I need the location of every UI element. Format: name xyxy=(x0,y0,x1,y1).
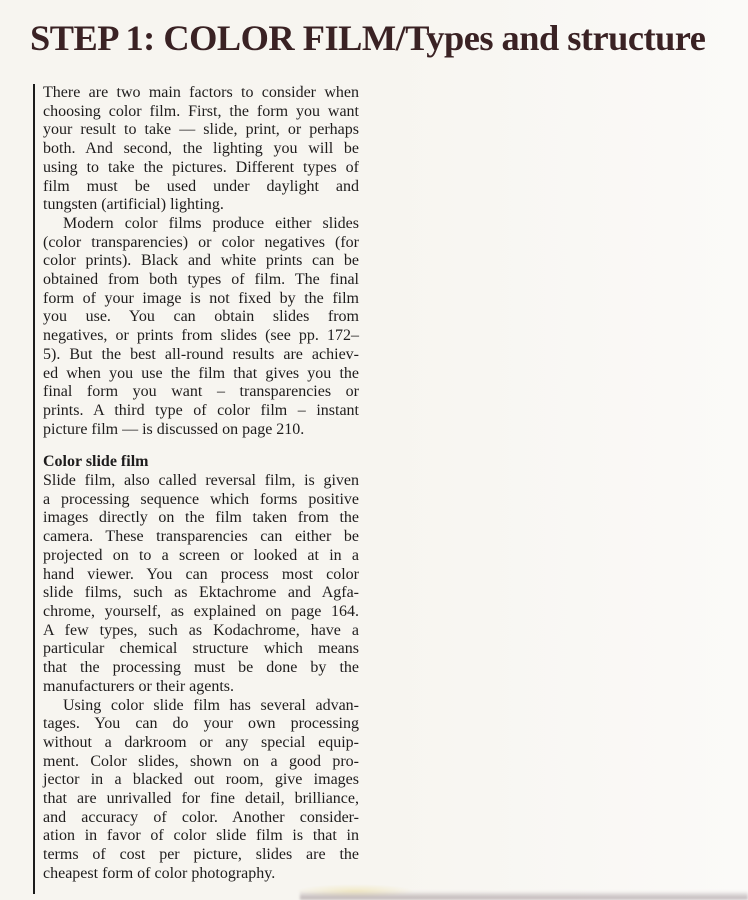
text-line: jector in a blacked out room, give image… xyxy=(43,771,359,790)
text-line: that the processing must be done by the xyxy=(43,659,359,678)
text-line: camera. These transparencies can either … xyxy=(43,528,359,547)
text-line: slide films, such as Ektachrome and Agfa… xyxy=(43,584,359,603)
text-line: both. And second, the lighting you will … xyxy=(43,140,359,159)
text-line: manufacturers or their agents. xyxy=(43,678,359,697)
text-line: film must be used under daylight and xyxy=(43,178,359,197)
text-line: (color transparencies) or color negative… xyxy=(43,234,359,253)
text-column: There are two main factors to consider w… xyxy=(43,84,359,884)
text-line: There are two main factors to consider w… xyxy=(43,84,359,103)
text-line: hand viewer. You can process most color xyxy=(43,566,359,585)
text-line: prints. A third type of color film – ins… xyxy=(43,402,359,421)
text-line: particular chemical structure which mean… xyxy=(43,640,359,659)
text-line: obtained from both types of film. The fi… xyxy=(43,271,359,290)
text-line: 5). But the best all-round results are a… xyxy=(43,346,359,365)
text-line: your result to take — slide, print, or p… xyxy=(43,121,359,140)
column-rule xyxy=(33,84,35,894)
text-line: A few types, such as Kodachrome, have a xyxy=(43,622,359,641)
paragraph: Using color slide film has several advan… xyxy=(43,697,359,884)
text-line: final form you want – transparencies or xyxy=(43,383,359,402)
page-title: STEP 1: COLOR FILM/Types and structure xyxy=(30,17,705,59)
text-line: tages. You can do your own processing xyxy=(43,715,359,734)
text-line: without a darkroom or any special equip- xyxy=(43,734,359,753)
text-line: Slide film, also called reversal film, i… xyxy=(43,472,359,491)
page-edge-shadow xyxy=(300,891,748,900)
text-line: choosing color film. First, the form you… xyxy=(43,103,359,122)
text-line: picture film — is discussed on page 210. xyxy=(43,421,359,440)
paragraph: Slide film, also called reversal film, i… xyxy=(43,472,359,696)
text-line: ment. Color slides, shown on a good pro- xyxy=(43,753,359,772)
text-line: terms of cost per picture, slides are th… xyxy=(43,846,359,865)
section-heading: Color slide film xyxy=(43,453,359,472)
text-line: a processing sequence which forms positi… xyxy=(43,491,359,510)
text-line: images directly on the film taken from t… xyxy=(43,509,359,528)
text-line: Modern color films produce either slides xyxy=(43,215,359,234)
text-line: color prints). Black and white prints ca… xyxy=(43,252,359,271)
text-line: tungsten (artificial) lighting. xyxy=(43,196,359,215)
text-line: cheapest form of color photography. xyxy=(43,865,359,884)
text-line: that are unrivalled for fine detail, bri… xyxy=(43,790,359,809)
text-line: and accuracy of color. Another consider- xyxy=(43,809,359,828)
text-line: using to take the pictures. Different ty… xyxy=(43,159,359,178)
text-line: form of your image is not fixed by the f… xyxy=(43,290,359,309)
text-line: ation in favor of color slide film is th… xyxy=(43,827,359,846)
text-line: Using color slide film has several advan… xyxy=(43,697,359,716)
paragraph: Modern color films produce either slides… xyxy=(43,215,359,439)
text-line: ed when you use the film that gives you … xyxy=(43,365,359,384)
paragraph: There are two main factors to consider w… xyxy=(43,84,359,215)
text-line: you use. You can obtain slides from xyxy=(43,308,359,327)
text-line: chrome, yourself, as explained on page 1… xyxy=(43,603,359,622)
text-line: negatives, or prints from slides (see pp… xyxy=(43,327,359,346)
text-line: projected on to a screen or looked at in… xyxy=(43,547,359,566)
